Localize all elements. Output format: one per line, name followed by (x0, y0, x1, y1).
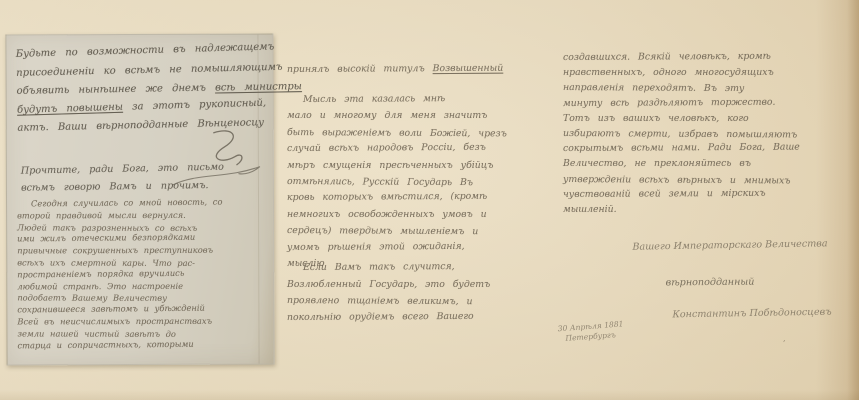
handwriting-text: избираютъ смерти, избравъ помышляютъ (563, 128, 797, 140)
handwriting-text: мѣръ смущенія пресѣченныхъ убійцъ (287, 160, 493, 171)
handwritten-line: Возлюбленный Государь, это будетъ (287, 277, 569, 294)
handwriting-text: принялъ высокій титулъ (287, 63, 433, 75)
handwritten-line: всѣмъ говорю Вамъ и прочимъ. (21, 176, 261, 196)
handwriting-text: Сегодня случилась со мной новость, со (31, 197, 223, 209)
handwritten-line: ими жилъ отеческими безпорядками (17, 231, 269, 245)
handwritten-line: старца и сопричастныхъ, которыми (17, 338, 269, 352)
middle-page-paragraph-1: Мысль эта казалась мнѣмало и многому для… (287, 92, 569, 272)
signature-pobedonostsev: Константинъ Побѣдоносцевъ (652, 306, 852, 320)
handwriting-text: направленія переходятъ. Въ эту (563, 82, 744, 94)
handwritten-line: умомъ рѣшенія этой ожиданія, (287, 238, 569, 256)
handwriting-text: Мысль эта казалась мнѣ (303, 93, 445, 105)
middle-page-paragraph-2: Если Вамъ такъ случится,Возлюбленный Гос… (287, 260, 569, 326)
left-page-paragraph: Сегодня случилась со мной новость, совто… (17, 198, 270, 352)
handwriting-text: отмѣнялись, Русскій Государь Въ (287, 176, 473, 188)
handwritten-line: Тотъ изъ вашихъ человѣкъ, кого (563, 111, 857, 126)
handwritten-line: Величество, не преклоняйтесь въ (563, 156, 857, 171)
handwritten-line: мало и многому для меня значитъ (287, 108, 569, 124)
handwriting-text: Возлюбленный Государь, это будетъ (287, 279, 490, 290)
handwriting-text: мало и многому для меня значитъ (287, 110, 487, 121)
handwritten-line: мышленій. (563, 202, 857, 217)
handwriting-text: немногихъ освобожденныхъ умовъ и (287, 209, 487, 220)
handwriting-text: кровь которыхъ вмѣстился, (кромѣ (287, 191, 487, 203)
handwriting-text: второй правдивой мысли вернулся. (17, 210, 186, 221)
handwriting-text: земли нашей чистый завѣтъ до (17, 328, 175, 338)
handwritten-line: создавшихся. Всякій человѣкъ, кромѣ (563, 48, 857, 65)
ink-dot: , (783, 334, 786, 343)
handwriting-text: сохранившееся завѣтомъ и убѣжденій (17, 303, 205, 315)
handwriting-text: поколѣнію орудіемъ всего Вашего (287, 310, 474, 322)
handwriting-text: чувствованій всей земли и мірскихъ (563, 188, 766, 200)
handwritten-line: второй правдивой мысли вернулся. (17, 209, 269, 222)
tsar-note-block: Будьте по возможности въ надлежащемъприс… (16, 40, 266, 138)
handwritten-line: принялъ высокій титулъ Возвышенный (287, 60, 569, 78)
handwriting-text: Людей такъ разрозненныхъ со всѣхъ (17, 222, 197, 232)
manuscript-letter-photo: Будьте по возможности въ надлежащемъприс… (0, 0, 859, 400)
handwriting-text: минуту всѣ раздѣляютъ торжество. (563, 96, 776, 108)
handwritten-line: Если Вамъ такъ случится, (303, 258, 569, 276)
handwriting-text: нравственныхъ, одного многосудящихъ (563, 67, 774, 78)
handwriting-text: объявить нынѣшнее же днемъ (17, 83, 216, 97)
handwritten-line: случай всѣхъ народовъ Россіи, безъ (287, 139, 569, 157)
handwritten-line: чувствованій всей земли и мірскихъ (563, 185, 857, 202)
handwriting-text: Всей въ неисчислимыхъ пространствахъ (17, 316, 212, 327)
handwriting-text: утвержденіи всѣхъ вѣрныхъ и мнимыхъ (563, 174, 791, 186)
pasted-note-sheet: Будьте по возможности въ надлежащемъприс… (5, 34, 274, 366)
handwritten-line: поколѣнію орудіемъ всего Вашего (287, 308, 569, 326)
handwriting-text: Прочтите, ради Бога, это письмо (21, 162, 224, 177)
handwriting-text: за этотъ рукописный, (123, 97, 266, 112)
handwriting-text: быть выраженіемъ воли Божіей, чрезъ (287, 127, 507, 139)
handwriting-text: Будьте по возможности въ надлежащемъ (16, 41, 275, 59)
handwriting-text: пространеніемъ порядка вручились (17, 268, 184, 280)
handwriting-text: старца и сопричастныхъ, которыми (17, 338, 193, 350)
date-place-block: 30 Апрѣля 1881 Петербургъ (557, 320, 624, 344)
handwritten-line: немногихъ освобожденныхъ умовъ и (287, 207, 569, 223)
bottom-shadow (0, 390, 859, 400)
handwriting-text: привычные сокрушенныхъ преступниковъ (17, 245, 213, 256)
handwriting-text: присоединеніи ко всѣмъ не помышляющимъ (16, 61, 282, 78)
handwritten-line: любимой странѣ. Это настроеніе (17, 280, 269, 293)
handwriting-text: сердецъ) твердымъ мышленіемъ и (287, 225, 478, 237)
middle-page-opening-line: принялъ высокій титулъ Возвышенный (287, 62, 569, 78)
handwriting-text: всѣхъ ихъ смертной кары. Что рас- (17, 257, 195, 267)
handwritten-line: Всей въ неисчислимыхъ пространствахъ (17, 316, 269, 329)
handwriting-text: Величество, не преклоняйтесь въ (563, 158, 751, 169)
handwriting-text: Тотъ изъ вашихъ человѣкъ, кого (563, 113, 749, 124)
handwriting-text: всѣмъ говорю Вамъ и прочимъ. (21, 180, 209, 194)
handwritten-line: сокрытымъ всѣми нами. Ради Бога, Ваше (563, 139, 857, 156)
handwritten-line: минуту всѣ раздѣляютъ торжество. (563, 94, 857, 111)
handwriting-text: мышленій. (563, 204, 617, 215)
handwritten-line: Мысль эта казалась мнѣ (303, 90, 569, 108)
handwritten-line: сохранившееся завѣтомъ и убѣжденій (17, 302, 269, 316)
handwritten-line: кровь которыхъ вмѣстился, (кромѣ (287, 189, 569, 207)
right-page-paragraph: создавшихся. Всякій человѣкъ, кромѣнравс… (563, 50, 857, 217)
handwriting-text: проявлено тщаніемъ великимъ, и (287, 295, 473, 307)
handwriting-text: любимой странѣ. Это настроеніе (17, 280, 183, 291)
handwriting-text: подобаетъ Вашему Величеству (17, 293, 167, 303)
handwriting-text: ими жилъ отеческими безпорядками (17, 232, 195, 244)
handwriting-text: умомъ рѣшенія этой ожиданія, (287, 241, 465, 253)
handwriting-text: создавшихся. Всякій человѣкъ, кромѣ (563, 51, 771, 63)
underlined-handwriting: будутъ повышены (17, 101, 123, 115)
underlined-handwriting: Возвышенный (433, 63, 504, 74)
handwriting-text: случай всѣхъ народовъ Россіи, безъ (287, 142, 486, 154)
handwritten-line: нравственныхъ, одного многосудящихъ (563, 65, 857, 80)
handwritten-line: Сегодня случилась со мной новость, со (31, 196, 269, 210)
tsar-note-postscript: Прочтите, ради Бога, это письмовсѣмъ гов… (21, 159, 261, 196)
handwriting-text: Если Вамъ такъ случится, (303, 261, 455, 273)
handwriting-text: сокрытымъ всѣми нами. Ради Бога, Ваше (563, 142, 800, 154)
handwritten-line: привычные сокрушенныхъ преступниковъ (17, 245, 269, 258)
handwritten-line: мѣръ смущенія пресѣченныхъ убійцъ (287, 158, 569, 174)
handwritten-line: пространеніемъ порядка вручились (17, 267, 269, 281)
closing-loyal-subject-line: вѣрноподданный (645, 276, 775, 288)
closing-address-line: Вашего Императорскаго Величества (612, 238, 848, 253)
